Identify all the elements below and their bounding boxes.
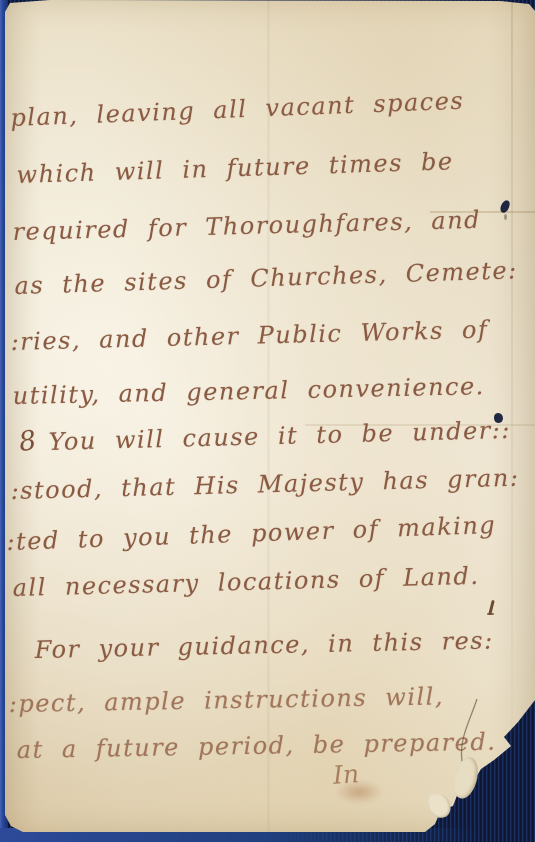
ink-mark	[487, 613, 494, 615]
manuscript-line: :pect, ample instructions will,	[9, 682, 445, 718]
manuscript-scan: plan, leaving all vacant spaces which wi…	[0, 0, 535, 842]
manuscript-line: utility, and general convenience.	[12, 372, 485, 410]
manuscript-line: :ted to you the power of making	[6, 511, 497, 556]
manuscript-line: required for Thoroughfares, and	[12, 206, 481, 246]
manuscript-line: all necessary locations of Land.	[12, 562, 479, 602]
ink-blot	[494, 413, 503, 423]
manuscript-line: which will in future times be	[16, 147, 454, 189]
paragraph-number: 8	[17, 425, 38, 458]
manuscript-line: :stood, that His Majesty has gran:	[10, 464, 519, 505]
manuscript-line: For your guidance, in this res:	[34, 626, 494, 664]
ink-blot	[504, 214, 507, 220]
manuscript-line: plan, leaving all vacant spaces	[10, 87, 465, 132]
manuscript-line: at a future period, be prepared.	[17, 728, 497, 764]
manuscript-line: You will cause it to be under::	[48, 416, 511, 456]
catchword: In	[332, 759, 360, 790]
vertical-fold-line	[511, 0, 513, 832]
manuscript-line: :ries, and other Public Works of	[10, 316, 488, 356]
